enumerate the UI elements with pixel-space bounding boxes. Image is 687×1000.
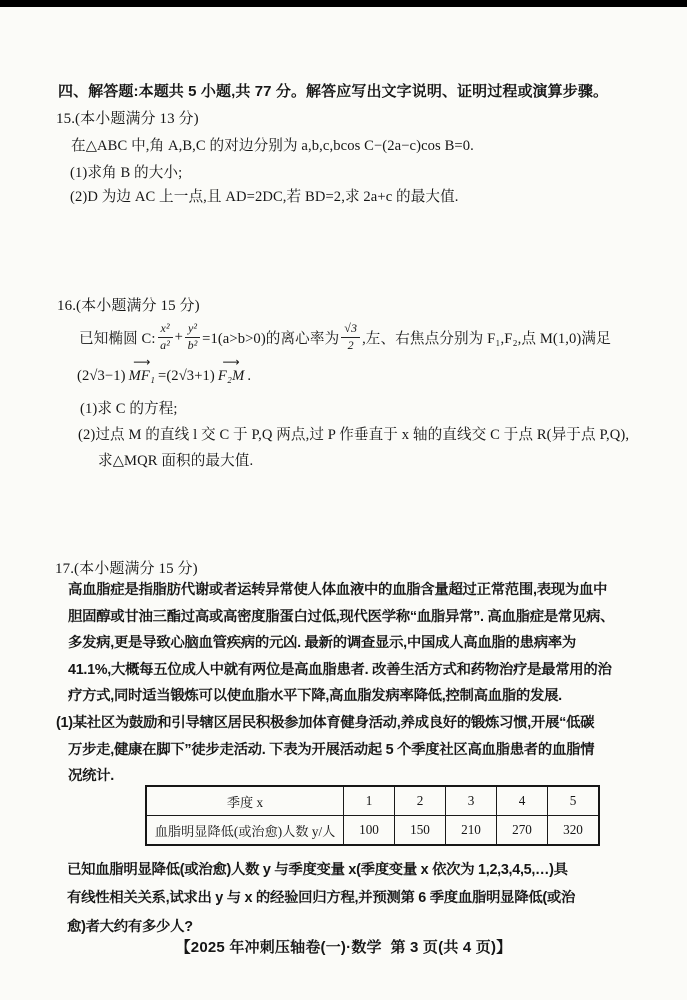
blood-lipid-statistics-table: 季度 x 1 2 3 4 5 血脂明显降低(或治愈)人数 y/人 100 150… [145,785,600,846]
q15-statement: 在△ABC 中,角 A,B,C 的对边分别为 a,b,c,bcos C−(2a−… [71,134,474,155]
q17-heading: 17.(本小题满分 15 分) [55,557,198,578]
table-header-quarter: 季度 x [146,786,344,816]
exam-page: 四、解答题:本题共 5 小题,共 77 分。解答应写出文字说明、证明过程或演算步… [0,0,687,1000]
section-header: 四、解答题:本题共 5 小题,共 77 分。解答应写出文字说明、证明过程或演算步… [58,80,608,101]
q15-part2: (2)D 为边 AC 上一点,且 AD=2DC,若 BD=2,求 2a+c 的最… [70,185,459,206]
q17-para-line: 胆固醇或甘油三酯过高或高密度脂蛋白过低,现代医学称“血脂异常”. 高血脂症是常见… [68,604,614,631]
table-data-cell: 100 [344,816,395,846]
vector-F2M-label: F₂M [218,368,244,384]
table-header-cell: 5 [548,786,600,816]
fraction-denominator: 2 [348,338,354,353]
q15-heading: 15.(本小题满分 13 分) [56,107,199,128]
table-row-label: 血脂明显降低(或治愈)人数 y/人 [146,816,344,846]
table-header-cell: 3 [446,786,497,816]
q16-part2-line1: (2)过点 M 的直线 l 交 C 于 P,Q 两点,过 P 作垂直于 x 轴的… [78,423,629,444]
q17-closing-line: 已知血脂明显降低(或治愈)人数 y 与季度变量 x(季度变量 x 依次为 1,2… [67,856,575,884]
q16-vector-equation: (2√3−1)⟶MF₁=(2√3+1)⟶F₂M. [77,368,251,385]
q16-ellipse-pre: 已知椭圆 C: [79,327,156,348]
table-data-row: 血脂明显降低(或治愈)人数 y/人 100 150 210 270 320 [146,816,599,846]
q16-ellipse-mid: =1(a>b>0)的离心率为 [202,327,339,348]
table-data-cell: 210 [446,816,497,846]
table-data-cell: 320 [548,816,600,846]
table-header-cell: 4 [497,786,548,816]
fraction-numerator: y² [185,322,200,338]
q17-part1-line: (1)某社区为鼓励和引导辖区居民积极参加体育健身活动,养成良好的锻炼习惯,开展“… [56,710,614,737]
q17-para-line: 疗方式,同时适当锻炼可以使血脂水平下降,高血脂发病率降低,控制高血脂的发展. [68,683,614,710]
q17-paragraph: 高血脂症是指脂肪代谢或者运转异常使人体血液中的血脂含量超过正常范围,表现为血中 … [68,577,614,790]
table-header-cell: 2 [395,786,446,816]
q16-heading: 16.(本小题满分 15 分) [57,294,200,315]
fraction-numerator: √3 [341,322,360,338]
q17-closing-line: 有线性相关关系,试求出 y 与 x 的经验回归方程,并预测第 6 季度血脂明显降… [67,884,575,912]
q17-part1-line: 万步走,健康在脚下”徒步走活动. 下表为开展活动起 5 个季度社区高血脂患者的血… [68,737,614,764]
table-header-row: 季度 x 1 2 3 4 5 [146,786,599,816]
q16-ellipse-post: ,左、右焦点分别为 F₁,F₂,点 M(1,0)满足 [362,327,611,348]
vector-eq-left: (2√3−1) [77,368,126,384]
vector-F2M: ⟶F₂M [218,368,244,385]
fraction-x2-a2: x² a² [158,322,173,353]
q17-para-line: 高血脂症是指脂肪代谢或者运转异常使人体血液中的血脂含量超过正常范围,表现为血中 [68,577,614,604]
q16-part2-line2: 求△MQR 面积的最大值. [98,449,253,470]
vector-eq-mid: =(2√3+1) [158,368,215,384]
q17-closing-paragraph: 已知血脂明显降低(或治愈)人数 y 与季度变量 x(季度变量 x 依次为 1,2… [67,856,575,941]
plus-sign: + [175,329,183,346]
q17-para-line: 41.1%,大概每五位成人中就有两位是高血脂患者. 改善生活方式和药物治疗是最常… [68,657,614,684]
vector-eq-period: . [247,368,251,384]
table-header-cell: 1 [344,786,395,816]
table-data-cell: 150 [395,816,446,846]
q17-para-line: 多发病,更是导致心脑血管疾病的元凶. 最新的调查显示,中国成人高血脂的患病率为 [68,630,614,657]
page-footer: 【2025 年冲刺压轴卷(一)·数学 第 3 页(共 4 页)】 [0,936,687,957]
q16-ellipse-line: 已知椭圆 C: x² a² + y² b² =1(a>b>0)的离心率为 √3 … [79,316,611,358]
fraction-sqrt3-2: √3 2 [341,322,360,353]
fraction-denominator: b² [188,338,198,353]
fraction-denominator: a² [160,338,170,353]
fraction-numerator: x² [158,322,173,338]
q16-part1: (1)求 C 的方程; [80,397,178,418]
table-data-cell: 270 [497,816,548,846]
vector-arrow-icon: ⟶ [129,356,155,368]
vector-arrow-icon: ⟶ [218,356,244,368]
vector-MF1-label: MF₁ [129,368,155,384]
fraction-y2-b2: y² b² [185,322,200,353]
vector-MF1: ⟶MF₁ [129,368,155,385]
q15-part1: (1)求角 B 的大小; [70,161,182,182]
scan-top-bar [0,0,687,7]
